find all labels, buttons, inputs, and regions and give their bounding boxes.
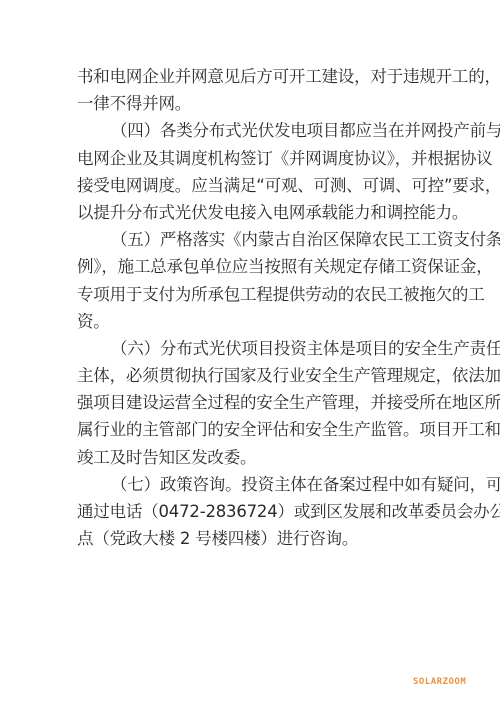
text-line: 主体，必须贯彻执行国家及行业安全生产管理规定，依法加 [77,362,433,389]
text-line: 点（党政大楼 2 号楼四楼）进行咨询。 [77,525,433,552]
text-line: 一律不得并网。 [77,90,433,117]
paragraph-item-5: （五）严格落实《内蒙古自治区保障农民工工资支付条 例》，施工总承包单位应当按照有… [77,226,433,335]
text-line: （四）各类分布式光伏发电项目都应当在并网投产前与 [77,117,433,144]
paragraph-item-4: （四）各类分布式光伏发电项目都应当在并网投产前与 电网企业及其调度机构签订《并网… [77,117,433,226]
paragraph-item-6: （六）分布式光伏项目投资主体是项目的安全生产责任 主体，必须贯彻执行国家及行业安… [77,335,433,471]
text-line: 属行业的主管部门的安全评估和安全生产监管。项目开工和 [77,416,433,443]
paragraph-continuation: 书和电网企业并网意见后方可开工建设，对于违规开工的， 一律不得并网。 [77,63,433,117]
text-line: 以提升分布式光伏发电接入电网承载能力和调控能力。 [77,199,433,226]
text-line: 资。 [77,308,433,335]
text-line: （七）政策咨询。投资主体在备案过程中如有疑问，可 [77,471,433,498]
text-line: 接受电网调度。应当满足“可观、可测、可调、可控”要求， [77,172,433,199]
text-line: 书和电网企业并网意见后方可开工建设，对于违规开工的， [77,63,433,90]
text-line: 强项目建设运营全过程的安全生产管理，并接受所在地区所 [77,389,433,416]
text-line: （五）严格落实《内蒙古自治区保障农民工工资支付条 [77,226,433,253]
text-line: 竣工及时告知区发改委。 [77,444,433,471]
text-line: 专项用于支付为所承包工程提供劳动的农民工被拖欠的工 [77,281,433,308]
text-line: 电网企业及其调度机构签订《并网调度协议》，并根据协议 [77,145,433,172]
paragraph-item-7: （七）政策咨询。投资主体在备案过程中如有疑问，可 通过电话（0472-28367… [77,471,433,553]
text-line: （六）分布式光伏项目投资主体是项目的安全生产责任 [77,335,433,362]
text-line: 例》，施工总承包单位应当按照有关规定存储工资保证金， [77,253,433,280]
document-body: 书和电网企业并网意见后方可开工建设，对于违规开工的， 一律不得并网。 （四）各类… [77,63,433,552]
watermark-logo: SOLARZOOM [413,677,466,687]
text-line: 通过电话（0472-2836724）或到区发展和改革委员会办公地 [77,498,433,525]
